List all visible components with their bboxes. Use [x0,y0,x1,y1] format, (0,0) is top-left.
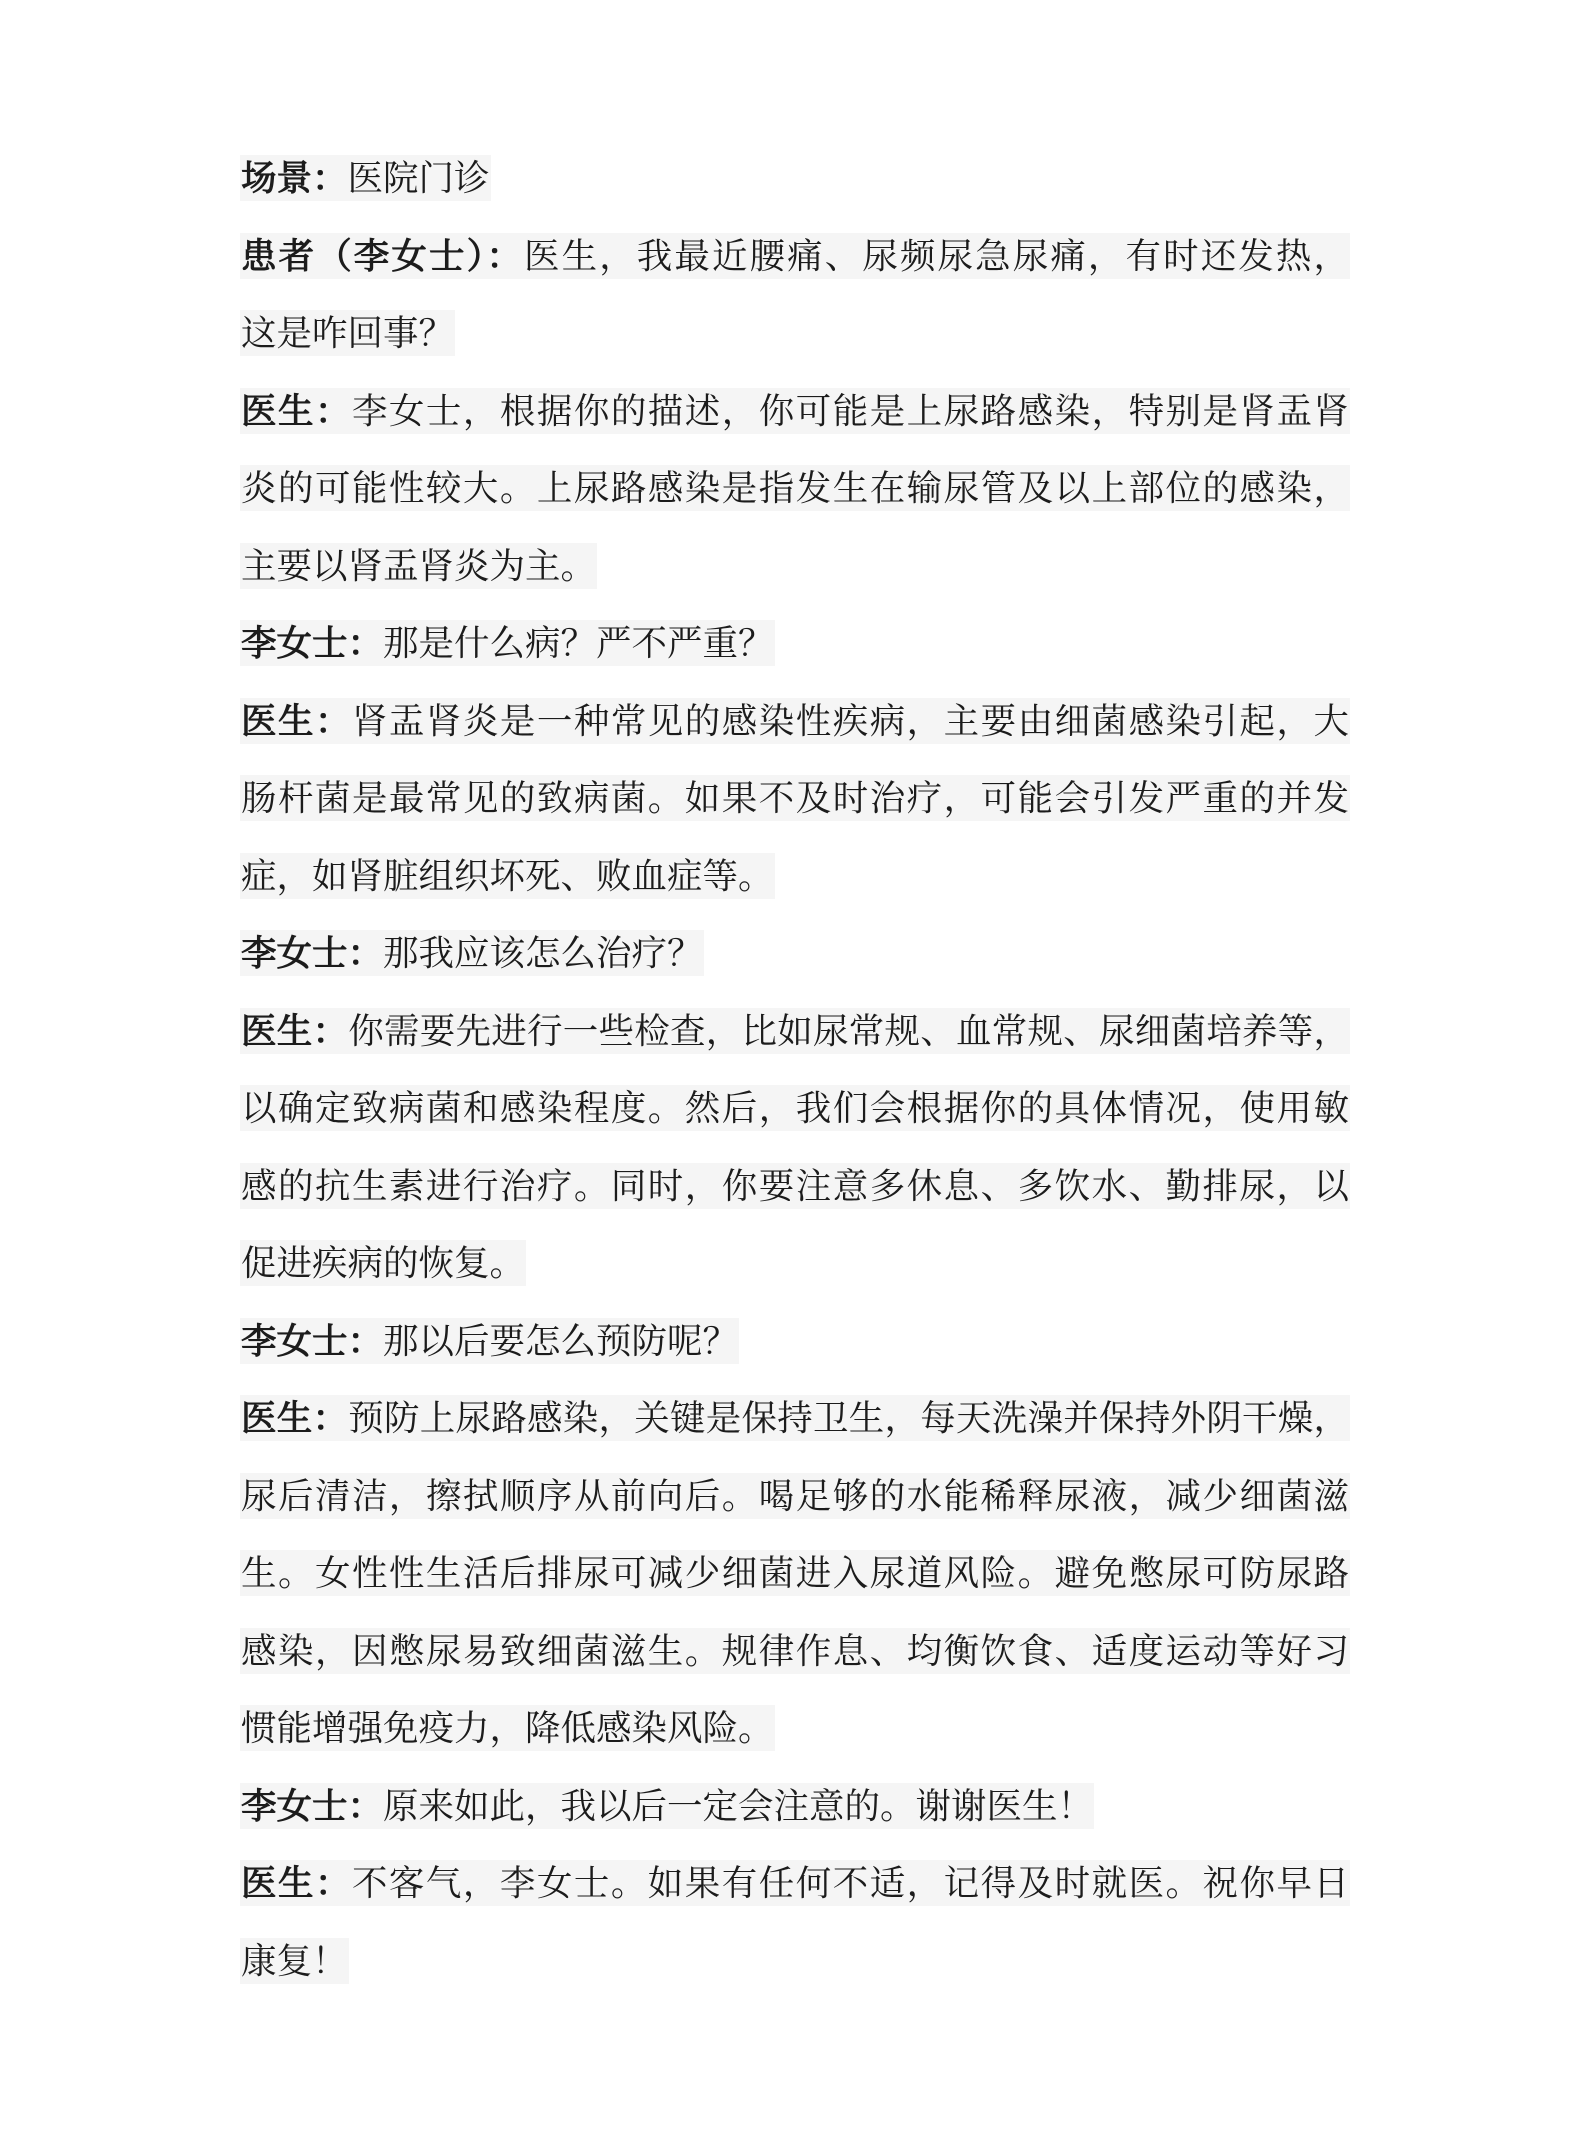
line-text: 感染，因憋尿易致细菌滋生。规律作息、均衡饮食、适度运动等好习 [240,1628,1350,1674]
dialogue-line: 李女士：那以后要怎么预防呢？ [240,1303,1350,1381]
dialogue-line: 李女士：原来如此，我以后一定会注意的。谢谢医生！ [240,1768,1350,1846]
utterance-text: 感的抗生素进行治疗。同时，你要注意多休息、多饮水、勤排尿，以 [241,1166,1349,1206]
dialogue-line: 主要以肾盂肾炎为主。 [240,528,1350,606]
line-text: 医生：不客气，李女士。如果有任何不适，记得及时就医。祝你早日 [240,1860,1350,1906]
utterance-text: 感染，因憋尿易致细菌滋生。规律作息、均衡饮食、适度运动等好习 [241,1631,1349,1671]
speaker-label: 场景： [241,158,348,198]
dialogue-line: 尿后清洁，擦拭顺序从前向后。喝足够的水能稀释尿液，减少细菌滋 [240,1458,1350,1536]
line-text: 症，如肾脏组织坏死、败血症等。 [240,853,775,899]
dialogue-line: 以确定致病菌和感染程度。然后，我们会根据你的具体情况，使用敏 [240,1070,1350,1148]
utterance-text: 主要以肾盂肾炎为主。 [241,546,596,586]
dialogue-line: 肠杆菌是最常见的致病菌。如果不及时治疗，可能会引发严重的并发 [240,760,1350,838]
utterance-text: 李女士，根据你的描述，你可能是上尿路感染，特别是肾盂肾 [352,391,1349,431]
line-text: 李女士：那以后要怎么预防呢？ [240,1318,739,1364]
utterance-text: 你需要先进行一些检查，比如尿常规、血常规、尿细菌培养等， [348,1011,1349,1051]
line-text: 惯能增强免疫力，降低感染风险。 [240,1705,775,1751]
dialogue-line: 李女士：那是什么病？严不严重？ [240,605,1350,683]
dialogue-line: 症，如肾脏组织坏死、败血症等。 [240,838,1350,916]
utterance-text: 不客气，李女士。如果有任何不适，记得及时就医。祝你早日 [352,1863,1349,1903]
line-text: 李女士：原来如此，我以后一定会注意的。谢谢医生！ [240,1783,1094,1829]
dialogue-line: 促进疾病的恢复。 [240,1225,1350,1303]
line-text: 以确定致病菌和感染程度。然后，我们会根据你的具体情况，使用敏 [240,1085,1350,1131]
speaker-label: 医生： [241,1863,352,1903]
utterance-text: 症，如肾脏组织坏死、败血症等。 [241,856,774,896]
dialogue-line: 医生：李女士，根据你的描述，你可能是上尿路感染，特别是肾盂肾 [240,373,1350,451]
speaker-label: 医生： [241,1398,348,1438]
line-text: 这是咋回事？ [240,310,455,356]
line-text: 肠杆菌是最常见的致病菌。如果不及时治疗，可能会引发严重的并发 [240,775,1350,821]
utterance-text: 医生，我最近腰痛、尿频尿急尿痛，有时还发热， [524,236,1349,276]
utterance-text: 促进疾病的恢复。 [241,1243,525,1283]
utterance-text: 原来如此，我以后一定会注意的。谢谢医生！ [383,1786,1093,1826]
utterance-text: 预防上尿路感染，关键是保持卫生，每天洗澡并保持外阴干燥， [348,1398,1349,1438]
dialogue-line: 感的抗生素进行治疗。同时，你要注意多休息、多饮水、勤排尿，以 [240,1148,1350,1226]
speaker-label: 医生： [241,1011,348,1051]
dialogue-line: 医生：你需要先进行一些检查，比如尿常规、血常规、尿细菌培养等， [240,993,1350,1071]
line-text: 医生：预防上尿路感染，关键是保持卫生，每天洗澡并保持外阴干燥， [240,1395,1350,1441]
utterance-text: 生。女性性生活后排尿可减少细菌进入尿道风险。避免憋尿可防尿路 [241,1553,1349,1593]
utterance-text: 惯能增强免疫力，降低感染风险。 [241,1708,774,1748]
speaker-label: 李女士： [241,933,383,973]
line-text: 医生：你需要先进行一些检查，比如尿常规、血常规、尿细菌培养等， [240,1008,1350,1054]
line-text: 生。女性性生活后排尿可减少细菌进入尿道风险。避免憋尿可防尿路 [240,1550,1350,1596]
utterance-text: 以确定致病菌和感染程度。然后，我们会根据你的具体情况，使用敏 [241,1088,1349,1128]
utterance-text: 肾盂肾炎是一种常见的感染性疾病，主要由细菌感染引起，大 [352,701,1349,741]
utterance-text: 那以后要怎么预防呢？ [383,1321,738,1361]
dialogue-line: 李女士：那我应该怎么治疗？ [240,915,1350,993]
dialogue-line: 惯能增强免疫力，降低感染风险。 [240,1690,1350,1768]
line-text: 主要以肾盂肾炎为主。 [240,543,597,589]
dialogue-line: 患者（李女士）：医生，我最近腰痛、尿频尿急尿痛，有时还发热， [240,218,1350,296]
speaker-label: 医生： [241,391,352,431]
line-text: 医生：李女士，根据你的描述，你可能是上尿路感染，特别是肾盂肾 [240,388,1350,434]
utterance-text: 肠杆菌是最常见的致病菌。如果不及时治疗，可能会引发严重的并发 [241,778,1349,818]
speaker-label: 李女士： [241,623,383,663]
utterance-text: 那是什么病？严不严重？ [383,623,774,663]
dialogue-line: 场景：医院门诊 [240,140,1350,218]
utterance-text: 那我应该怎么治疗？ [383,933,703,973]
dialogue-line: 感染，因憋尿易致细菌滋生。规律作息、均衡饮食、适度运动等好习 [240,1613,1350,1691]
line-text: 促进疾病的恢复。 [240,1240,526,1286]
dialogue-line: 生。女性性生活后排尿可减少细菌进入尿道风险。避免憋尿可防尿路 [240,1535,1350,1613]
utterance-text: 康复！ [241,1941,348,1981]
document-page: 场景：医院门诊 患者（李女士）：医生，我最近腰痛、尿频尿急尿痛，有时还发热， 这… [0,0,1587,2136]
line-text: 患者（李女士）：医生，我最近腰痛、尿频尿急尿痛，有时还发热， [240,233,1350,279]
utterance-text: 尿后清洁，擦拭顺序从前向后。喝足够的水能稀释尿液，减少细菌滋 [241,1476,1349,1516]
utterance-text: 这是咋回事？ [241,313,454,353]
dialogue-content: 场景：医院门诊 患者（李女士）：医生，我最近腰痛、尿频尿急尿痛，有时还发热， 这… [240,140,1350,2000]
line-text: 李女士：那我应该怎么治疗？ [240,930,704,976]
line-text: 场景：医院门诊 [240,155,491,201]
speaker-label: 医生： [241,701,352,741]
dialogue-line: 医生：肾盂肾炎是一种常见的感染性疾病，主要由细菌感染引起，大 [240,683,1350,761]
line-text: 李女士：那是什么病？严不严重？ [240,620,775,666]
line-text: 医生：肾盂肾炎是一种常见的感染性疾病，主要由细菌感染引起，大 [240,698,1350,744]
line-text: 感的抗生素进行治疗。同时，你要注意多休息、多饮水、勤排尿，以 [240,1163,1350,1209]
line-text: 尿后清洁，擦拭顺序从前向后。喝足够的水能稀释尿液，减少细菌滋 [240,1473,1350,1519]
dialogue-line: 炎的可能性较大。上尿路感染是指发生在输尿管及以上部位的感染， [240,450,1350,528]
line-text: 康复！ [240,1938,349,1984]
speaker-label: 患者（李女士）： [241,236,524,276]
utterance-text: 炎的可能性较大。上尿路感染是指发生在输尿管及以上部位的感染， [241,468,1349,508]
line-text: 炎的可能性较大。上尿路感染是指发生在输尿管及以上部位的感染， [240,465,1350,511]
dialogue-line: 医生：预防上尿路感染，关键是保持卫生，每天洗澡并保持外阴干燥， [240,1380,1350,1458]
dialogue-line: 康复！ [240,1923,1350,2001]
dialogue-line: 这是咋回事？ [240,295,1350,373]
speaker-label: 李女士： [241,1786,383,1826]
utterance-text: 医院门诊 [348,158,490,198]
speaker-label: 李女士： [241,1321,383,1361]
dialogue-line: 医生：不客气，李女士。如果有任何不适，记得及时就医。祝你早日 [240,1845,1350,1923]
